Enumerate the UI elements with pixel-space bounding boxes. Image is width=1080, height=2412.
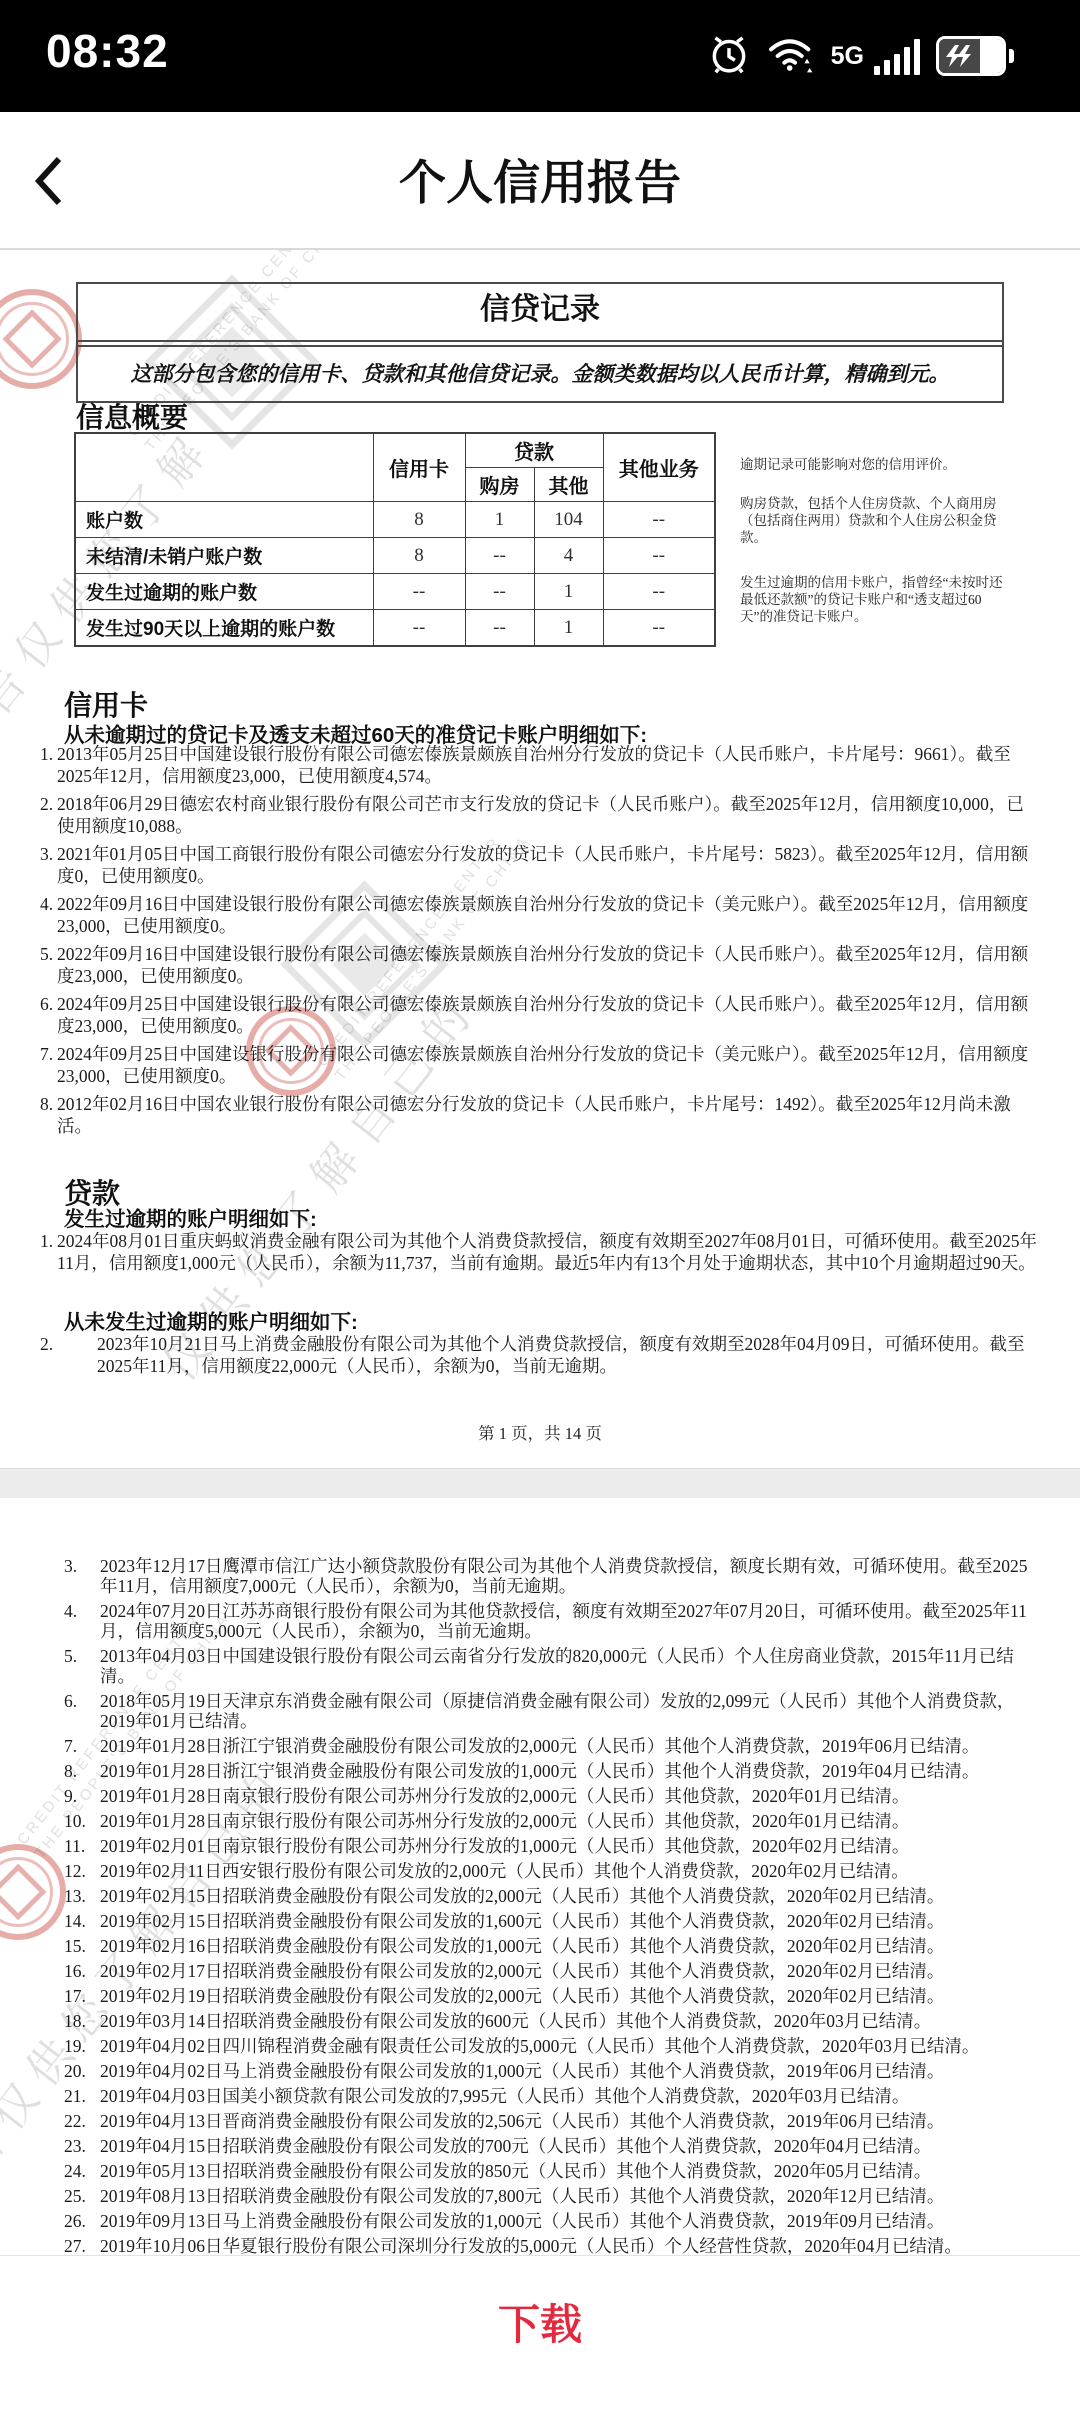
credit-card-item: 5. 2022年09月16日中国建设银行股份有限公司德宏傣族景颇族自治州分行发放… [40,943,1040,987]
col-loan-other: 其他 [534,468,603,502]
loan-item: 15. 2019年02月16日招联消费金融股份有限公司发放的1,000元（人民币… [64,1936,1040,1956]
item-number: 8. [64,1761,100,1781]
loan-overdue-subheading: 发生过逾期的账户明细如下: [64,1202,317,1232]
red-seal-stamp [0,1844,66,1940]
loan-item: 25. 2019年08月13日招联消费金融股份有限公司发放的7,800元（人民币… [64,2186,1040,2206]
item-number: 9. [64,1786,100,1806]
item-number: 21. [64,2086,100,2106]
credit-record-title: 信贷记录 [78,284,1002,340]
item-text: 2018年05月19日天津京东消费金融有限公司（原捷信消费金融有限公司）发放的2… [100,1691,1040,1731]
phone-screen: 08:32 5G [0,0,1080,2412]
item-text: 2019年02月19日招联消费金融股份有限公司发放的2,000元（人民币）其他个… [100,1986,1040,2006]
item-text: 2019年04月13日晋商消费金融股份有限公司发放的2,506元（人民币）其他个… [100,2111,1040,2131]
item-text: 2019年03月14日招联消费金融股份有限公司发放的600元（人民币）其他个人消… [100,2011,1040,2031]
loan-item: 8. 2019年01月28日浙江宁银消费金融股份有限公司发放的1,000元（人民… [64,1761,1040,1781]
item-number: 19. [64,2036,100,2056]
item-text: 2019年01月28日南京银行股份有限公司苏州分行发放的2,000元（人民币）其… [100,1786,1040,1806]
red-seal-stamp [0,289,82,389]
item-text: 2019年02月11日西安银行股份有限公司发放的2,000元（人民币）其他个人消… [100,1861,1040,1881]
item-text: 2019年04月15日招联消费金融股份有限公司发放的700元（人民币）其他个人消… [100,2136,1040,2156]
item-number: 14. [64,1911,100,1931]
item-number: 25. [64,2186,100,2206]
cell-credit-card: 8 [373,502,465,538]
item-number: 2. [40,1333,97,1377]
item-number: 7. [40,1043,57,1087]
loan-item: 21. 2019年04月03日国美小额贷款有限公司发放的7,995元（人民币）其… [64,2086,1040,2106]
loan-item: 5. 2013年04月03日中国建设银行股份有限公司云南省分行发放的820,00… [64,1646,1040,1686]
loan-item: 17. 2019年02月19日招联消费金融股份有限公司发放的2,000元（人民币… [64,1986,1040,2006]
item-text: 2019年04月02日四川锦程消费金融有限责任公司发放的5,000元（人民币）其… [100,2036,1040,2056]
cell-loan-house: 1 [465,502,534,538]
row-label: 发生过逾期的账户数 [75,574,373,610]
col-other-business: 其他业务 [603,433,715,502]
loan-item: 20. 2019年04月02日马上消费金融股份有限公司发放的1,000元（人民币… [64,2061,1040,2081]
loan-item: 14. 2019年02月15日招联消费金融股份有限公司发放的1,600元（人民币… [64,1911,1040,1931]
download-button[interactable]: 下载 [0,2292,1080,2352]
item-text: 2019年01月28日南京银行股份有限公司苏州分行发放的2,000元（人民币）其… [100,1811,1040,1831]
item-text: 2022年09月16日中国建设银行股份有限公司德宏傣族景颇族自治州分行发放的贷记… [57,943,1040,987]
battery-charging-icon [936,36,1014,76]
credit-card-item: 2. 2018年06月29日德宏农村商业银行股份有限公司芒市支行发放的贷记卡（人… [40,793,1040,837]
loan-item: 26. 2019年09月13日马上消费金融股份有限公司发放的1,000元（人民币… [64,2211,1040,2231]
item-number: 4. [64,1601,100,1641]
item-text: 2019年01月28日浙江宁银消费金融股份有限公司发放的1,000元（人民币）其… [100,1761,1040,1781]
item-text: 2024年07月20日江苏苏商银行股份有限公司为其他贷款授信，额度有效期至202… [100,1601,1040,1641]
item-text: 2019年02月15日招联消费金融股份有限公司发放的1,600元（人民币）其他个… [100,1911,1040,1931]
loan-item: 23. 2019年04月15日招联消费金融股份有限公司发放的700元（人民币）其… [64,2136,1040,2156]
credit-card-list: 1. 2013年05月25日中国建设银行股份有限公司德宏傣族景颇族自治州分行发放… [40,743,1040,1143]
loan-item: 16. 2019年02月17日招联消费金融股份有限公司发放的2,000元（人民币… [64,1961,1040,1981]
loan-item: 12. 2019年02月11日西安银行股份有限公司发放的2,000元（人民币）其… [64,1861,1040,1881]
item-number: 22. [64,2111,100,2131]
credit-card-item: 6. 2024年09月25日中国建设银行股份有限公司德宏傣族景颇族自治州分行发放… [40,993,1040,1037]
status-bar: 08:32 5G [0,0,1080,112]
loan-item: 10. 2019年01月28日南京银行股份有限公司苏州分行发放的2,000元（人… [64,1811,1040,1831]
item-text: 2012年02月16日中国农业银行股份有限公司德宏分行发放的贷记卡（人民币账户，… [57,1093,1040,1137]
loan-list-page2: 3. 2023年12月17日鹰潭市信江广达小额贷款股份有限公司为其他个人消费贷款… [64,1556,1040,2256]
col-loan: 贷款 [465,433,603,468]
item-text: 2024年08月01日重庆蚂蚁消费金融有限公司为其他个人消费贷款授信，额度有效期… [57,1230,1040,1274]
item-text: 2019年02月16日招联消费金融股份有限公司发放的1,000元（人民币）其他个… [100,1936,1040,1956]
note-overdue-card: 发生过逾期的信用卡账户，指曾经“未按时还最低还款额”的贷记卡账户和“透支超过60… [740,574,1012,625]
item-number: 6. [40,993,57,1037]
item-text: 2013年04月03日中国建设银行股份有限公司云南省分行发放的820,000元（… [100,1646,1040,1686]
item-text: 2023年12月17日鹰潭市信江广达小额贷款股份有限公司为其他个人消费贷款授信，… [100,1556,1040,1596]
wifi-icon [767,33,815,80]
network-type-label: 5G [831,42,864,71]
signal-bars-icon [874,37,920,75]
bottom-bar: 下载 [0,2256,1080,2412]
summary-table-row: 发生过逾期的账户数 -- -- 1 -- [75,574,715,610]
loan-item: 4. 2024年07月20日江苏苏商银行股份有限公司为其他贷款授信，额度有效期至… [64,1601,1040,1641]
item-text: 2019年02月01日南京银行股份有限公司苏州分行发放的1,000元（人民币）其… [100,1836,1040,1856]
cell-credit-card: 8 [373,538,465,574]
summary-table-row: 发生过90天以上逾期的账户数 -- -- 1 -- [75,610,715,647]
cell-other: -- [603,538,715,574]
item-text: 2022年09月16日中国建设银行股份有限公司德宏傣族景颇族自治州分行发放的贷记… [57,893,1040,937]
loan-item: 19. 2019年04月02日四川锦程消费金融有限责任公司发放的5,000元（人… [64,2036,1040,2056]
row-label: 未结清/未销户账户数 [75,538,373,574]
item-text: 2019年05月13日招联消费金融股份有限公司发放的850元（人民币）其他个人消… [100,2161,1040,2181]
item-number: 12. [64,1861,100,1881]
loan-item: 22. 2019年04月13日晋商消费金融股份有限公司发放的2,506元（人民币… [64,2111,1040,2131]
item-number: 10. [64,1811,100,1831]
item-number: 26. [64,2211,100,2231]
item-number: 4. [40,893,57,937]
item-number: 20. [64,2061,100,2081]
page-number-footer: 第 1 页，共 14 页 [0,1420,1080,1444]
summary-table: 信用卡 贷款 其他业务 购房 其他 账户数 8 1 [74,432,716,647]
loan-no-overdue-subheading: 从未发生过逾期的账户明细如下: [64,1305,358,1335]
page-title: 个人信用报告 [0,146,1080,213]
credit-record-box: 信贷记录 这部分包含您的信用卡、贷款和其他信贷记录。金额类数据均以人民币计算，精… [76,282,1004,403]
row-label: 账户数 [75,502,373,538]
item-number: 13. [64,1886,100,1906]
double-separator [78,340,1002,347]
item-number: 6. [64,1691,100,1731]
item-number: 18. [64,2011,100,2031]
cell-other: -- [603,610,715,647]
cell-loan-house: -- [465,574,534,610]
loan-item: 24. 2019年05月13日招联消费金融股份有限公司发放的850元（人民币）其… [64,2161,1040,2181]
item-number: 24. [64,2161,100,2181]
cell-loan-other: 1 [534,574,603,610]
cell-loan-other: 104 [534,502,603,538]
item-number: 11. [64,1836,100,1856]
item-number: 23. [64,2136,100,2156]
credit-card-item: 1. 2013年05月25日中国建设银行股份有限公司德宏傣族景颇族自治州分行发放… [40,743,1040,787]
cell-credit-card: -- [373,574,465,610]
summary-table-header-row: 信用卡 贷款 其他业务 [75,433,715,468]
item-number: 1. [40,743,57,787]
col-loan-house: 购房 [465,468,534,502]
cell-other: -- [603,574,715,610]
item-number: 27. [64,2236,100,2256]
cell-credit-card: -- [373,610,465,647]
item-text: 2013年05月25日中国建设银行股份有限公司德宏傣族景颇族自治州分行发放的贷记… [57,743,1040,787]
credit-card-item: 4. 2022年09月16日中国建设银行股份有限公司德宏傣族景颇族自治州分行发放… [40,893,1040,937]
report-page-1: CREDIT REFERENCE CENTER THE PEOPLE'S BAN… [0,250,1080,1468]
page-separator [0,1468,1080,1500]
cell-other: -- [603,502,715,538]
item-text: 2018年06月29日德宏农村商业银行股份有限公司芒市支行发放的贷记卡（人民币账… [57,793,1040,837]
loan-item: 9. 2019年01月28日南京银行股份有限公司苏州分行发放的2,000元（人民… [64,1786,1040,1806]
item-text: 2019年10月06日华夏银行股份有限公司深圳分行发放的5,000元（人民币）个… [100,2236,1040,2256]
item-text: 2019年09月13日马上消费金融股份有限公司发放的1,000元（人民币）其他个… [100,2211,1040,2231]
note-house-loan: 购房贷款，包括个人住房贷款、个人商用房（包括商住两用）贷款和个人住房公积金贷款。 [740,495,1012,546]
app-header: 个人信用报告 [0,112,1080,250]
loan-item: 3. 2023年12月17日鹰潭市信江广达小额贷款股份有限公司为其他个人消费贷款… [64,1556,1040,1596]
summary-table-row: 未结清/未销户账户数 8 -- 4 -- [75,538,715,574]
item-number: 8. [40,1093,57,1137]
report-page-2: CREDIT REFERENCE CENTER THE PEOPLE'S BAN… [0,1498,1080,2256]
item-text: 2024年09月25日中国建设银行股份有限公司德宏傣族景颇族自治州分行发放的贷记… [57,1043,1040,1087]
row-label: 发生过90天以上逾期的账户数 [75,610,373,647]
cell-loan-house: -- [465,610,534,647]
item-text: 2019年02月15日招联消费金融股份有限公司发放的2,000元（人民币）其他个… [100,1886,1040,1906]
item-number: 7. [64,1736,100,1756]
cell-loan-house: -- [465,538,534,574]
col-credit-card: 信用卡 [373,433,465,502]
item-number: 1. [40,1230,57,1274]
item-text: 2023年10月21日马上消费金融股份有限公司为其他个人消费贷款授信，额度有效期… [97,1333,1040,1377]
cell-loan-other: 4 [534,538,603,574]
item-text: 2024年09月25日中国建设银行股份有限公司德宏傣族景颇族自治州分行发放的贷记… [57,993,1040,1037]
loan-item: 18. 2019年03月14日招联消费金融股份有限公司发放的600元（人民币）其… [64,2011,1040,2031]
loan-overdue-item: 1. 2024年08月01日重庆蚂蚁消费金融有限公司为其他个人消费贷款授信，额度… [40,1230,1040,1274]
status-icons: 5G [707,26,1014,86]
credit-card-item: 7. 2024年09月25日中国建设银行股份有限公司德宏傣族景颇族自治州分行发放… [40,1043,1040,1087]
summary-table-row: 账户数 8 1 104 -- [75,502,715,538]
credit-record-subtitle: 这部分包含您的信用卡、贷款和其他信贷记录。金额类数据均以人民币计算，精确到元。 [78,347,1002,401]
loan-item: 6. 2018年05月19日天津京东消费金融有限公司（原捷信消费金融有限公司）发… [64,1691,1040,1731]
item-number: 5. [64,1646,100,1686]
alarm-icon [707,31,751,82]
credit-card-item: 8. 2012年02月16日中国农业银行股份有限公司德宏分行发放的贷记卡（人民币… [40,1093,1040,1137]
loan-item: 11. 2019年02月01日南京银行股份有限公司苏州分行发放的1,000元（人… [64,1836,1040,1856]
item-number: 3. [64,1556,100,1596]
item-text: 2019年01月28日浙江宁银消费金融股份有限公司发放的2,000元（人民币）其… [100,1736,1040,1756]
loan-item: 13. 2019年02月15日招联消费金融股份有限公司发放的2,000元（人民币… [64,1886,1040,1906]
loan-item: 27. 2019年10月06日华夏银行股份有限公司深圳分行发放的5,000元（人… [64,2236,1040,2256]
summary-side-notes: 逾期记录可能影响对您的信用评价。 购房贷款，包括个人住房贷款、个人商用房（包括商… [740,456,1012,647]
item-number: 17. [64,1986,100,2006]
item-number: 15. [64,1936,100,1956]
item-text: 2019年08月13日招联消费金融股份有限公司发放的7,800元（人民币）其他个… [100,2186,1040,2206]
loan-no-overdue-item: 2. 2023年10月21日马上消费金融股份有限公司为其他个人消费贷款授信，额度… [40,1333,1040,1377]
note-overdue: 逾期记录可能影响对您的信用评价。 [740,456,1012,473]
item-text: 2021年01月05日中国工商银行股份有限公司德宏分行发放的贷记卡（人民币账户，… [57,843,1040,887]
loan-item: 7. 2019年01月28日浙江宁银消费金融股份有限公司发放的2,000元（人民… [64,1736,1040,1756]
cell-loan-other: 1 [534,610,603,647]
credit-card-item: 3. 2021年01月05日中国工商银行股份有限公司德宏分行发放的贷记卡（人民币… [40,843,1040,887]
item-text: 2019年04月02日马上消费金融股份有限公司发放的1,000元（人民币）其他个… [100,2061,1040,2081]
item-number: 2. [40,793,57,837]
item-number: 5. [40,943,57,987]
status-time: 08:32 [46,24,169,78]
item-number: 16. [64,1961,100,1981]
summary-heading: 信息概要 [76,396,188,436]
item-text: 2019年04月03日国美小额贷款有限公司发放的7,995元（人民币）其他个人消… [100,2086,1040,2106]
item-number: 3. [40,843,57,887]
item-text: 2019年02月17日招联消费金融股份有限公司发放的2,000元（人民币）其他个… [100,1961,1040,1981]
